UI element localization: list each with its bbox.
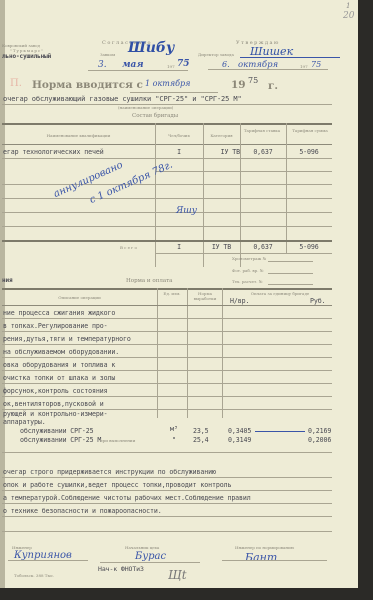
approved-date-underline	[208, 69, 328, 70]
print-info: Тобольск. 388 Тыс.	[14, 573, 54, 578]
engineer-line	[8, 560, 88, 561]
row-line	[2, 409, 332, 410]
table-header-border	[2, 144, 332, 145]
row-line	[2, 158, 332, 159]
head-typed-title: Нач-к ФНОТиЗ	[98, 565, 144, 573]
instruction-line: очегар строго придерживается инструкции …	[3, 468, 216, 476]
description-line: форсунок,контроль состояния	[3, 387, 107, 395]
norm-date-underline	[130, 92, 218, 93]
norm-year-prefix: 19	[231, 79, 246, 91]
norm-year-hand: 75	[248, 76, 258, 85]
agreed-year-prefix: 197	[167, 64, 175, 69]
description-line: аппаратуры.	[3, 418, 46, 426]
row-name: обслуживании СРГ-25	[20, 427, 94, 435]
row-line	[2, 198, 332, 199]
row-sum: 5-096	[286, 148, 332, 156]
header-description: Описание операции	[2, 295, 157, 300]
head-line	[100, 562, 200, 563]
scan-background-bottom	[0, 588, 373, 600]
norm-intro-date: 1 октября	[145, 79, 190, 88]
row-workers: I	[155, 148, 203, 156]
norm-pay-left-label: ния	[2, 277, 13, 284]
agreed-date-day: 3.	[98, 60, 107, 70]
row-line	[2, 331, 332, 332]
description-line: рующей и контрольно-измери-	[3, 410, 107, 418]
description-line: овка оборудования и топлива к	[3, 361, 115, 369]
head-signature: Бурас	[135, 551, 166, 562]
instruction-underline	[2, 516, 332, 517]
operation-caption: (наименование операции)	[118, 105, 173, 110]
norm-header-border	[2, 305, 332, 306]
header-unit: Ед. изм.	[157, 291, 187, 296]
margin-mark: П.	[10, 78, 22, 89]
total-top-border	[2, 240, 332, 242]
header-workers: Чел/бочих	[155, 133, 203, 138]
brigade-title: Состав бригады	[132, 113, 178, 119]
instruction-line: опок и работе сушилки,ведет процесс топк…	[3, 481, 231, 489]
page-number: 20	[343, 11, 354, 21]
norm-table-top-border	[2, 288, 332, 290]
head-label: Начальник цеха	[125, 545, 159, 550]
row-norm: 23,5	[193, 427, 208, 435]
row-line	[2, 370, 332, 371]
row-rub: 0,2006	[308, 436, 331, 444]
department-name: льно-сушильный	[2, 53, 51, 60]
header-pay-hvr: Н/вр.	[230, 297, 249, 305]
row-rub: 0,2169	[308, 427, 331, 435]
approved-year-suffix: 75	[311, 60, 321, 69]
instruction-underline	[2, 503, 332, 504]
total-sum: 5-096	[286, 243, 332, 251]
description-line: в топках.Регулирование про-	[3, 322, 107, 330]
head-initials: Щt	[168, 568, 187, 582]
header-pay: Оплата за единицу бригаде	[240, 291, 320, 296]
norm-intro-label: Норма вводится с	[32, 79, 143, 91]
annotation-date: с 1 октября 78г.	[88, 160, 174, 207]
photo-label: Фот. раб. вр. №	[232, 268, 264, 273]
row-name: обслуживании СРГ-25 М	[20, 436, 101, 444]
norm-year-suffix: г.	[268, 80, 278, 92]
row-norm: 25,4	[193, 436, 208, 444]
col-divider	[222, 288, 223, 418]
row-line	[2, 184, 332, 185]
description-line: очистка топки от шлака и золы	[3, 374, 115, 382]
approved-signature-line	[240, 57, 340, 58]
header-sum: Тарифная сумма	[288, 128, 332, 133]
header-category: Категория	[203, 133, 240, 138]
page-mark: 1	[346, 2, 350, 10]
row-line	[2, 344, 332, 345]
description-line: ние процесса сжигания жидкого	[3, 309, 115, 317]
total-workers: I	[155, 243, 203, 251]
row-line	[155, 171, 332, 172]
header-norm: Норма выработки	[188, 291, 222, 301]
description-line: на обслуживаемом оборудовании.	[3, 348, 119, 356]
hand-strike-line	[255, 431, 305, 432]
row-unit: м³	[170, 425, 178, 433]
instruction-underline	[2, 490, 332, 491]
row-line	[2, 318, 332, 319]
norm-pay-title: Норма и оплата	[126, 278, 172, 284]
tech-underline	[268, 284, 313, 285]
tech-label: Тех. расчет. №	[232, 279, 263, 284]
total-rate: 0,637	[240, 243, 286, 251]
agreed-role: Завком	[100, 52, 115, 57]
total-bottom-border	[155, 253, 332, 254]
row-line	[2, 357, 332, 358]
document-page: 1 20 Ковровский завод "Туркмарс" льно-су…	[0, 0, 358, 588]
description-line: рения,дутья,тяги и температурного	[3, 335, 131, 343]
header-rate: Тарифная ставка	[242, 128, 282, 133]
instruction-underline	[2, 477, 332, 478]
row-hvr: 0,3405	[228, 427, 251, 435]
operation-title: очегар обслуживающий газовые сушилки "СР…	[3, 95, 242, 103]
agreed-date-month: мая	[122, 60, 144, 70]
instruction-underline	[2, 531, 332, 532]
row-hvr: 0,3149	[228, 436, 251, 444]
approved-date-day: 6.	[222, 60, 230, 69]
chrono-label: Хронометраж №	[232, 256, 266, 261]
agreed-signature: Шибу	[128, 40, 174, 56]
row-line	[2, 383, 332, 384]
norm-engineer-signature: Бант	[245, 551, 277, 564]
col-divider	[286, 123, 287, 253]
norm-engineer-line	[222, 560, 327, 561]
agreed-year-suffix: 75	[177, 59, 190, 69]
total-label: Всего	[120, 245, 138, 250]
row-line	[2, 212, 332, 213]
col-divider	[157, 288, 158, 418]
description-line: ок,вентиляторов,пусковой и	[3, 400, 104, 408]
approved-role: Директор завода	[198, 52, 234, 57]
col-divider	[187, 288, 188, 418]
instruction-line: а температурой.Соблюдение чистоты рабочи…	[3, 494, 251, 502]
row-line	[2, 226, 332, 227]
instruction-line: о технике безопасности и пожароопасности…	[3, 507, 162, 515]
header-qualification: Наименование квалификации	[2, 133, 155, 138]
header-pay-rub: Руб.	[310, 297, 325, 305]
chrono-underline	[268, 261, 313, 262]
row-qualification: егар технологических печей	[3, 148, 104, 156]
agreed-date-underline	[88, 70, 188, 71]
row-line	[2, 396, 332, 397]
total-category: IУ ТВ	[203, 243, 240, 251]
table-top-border	[2, 123, 332, 125]
photo-underline	[268, 273, 313, 274]
section-divider	[2, 452, 332, 453]
row-unit: "	[172, 436, 176, 444]
annotation-signature: Яшу	[176, 206, 197, 216]
row-note: при выполнении	[100, 438, 135, 443]
row-rate: 0,637	[240, 148, 286, 156]
row-category: IУ ТВ	[203, 148, 240, 156]
scan-background-right	[358, 0, 373, 600]
norm-engineer-label: Инженер по нормированию	[235, 545, 294, 550]
